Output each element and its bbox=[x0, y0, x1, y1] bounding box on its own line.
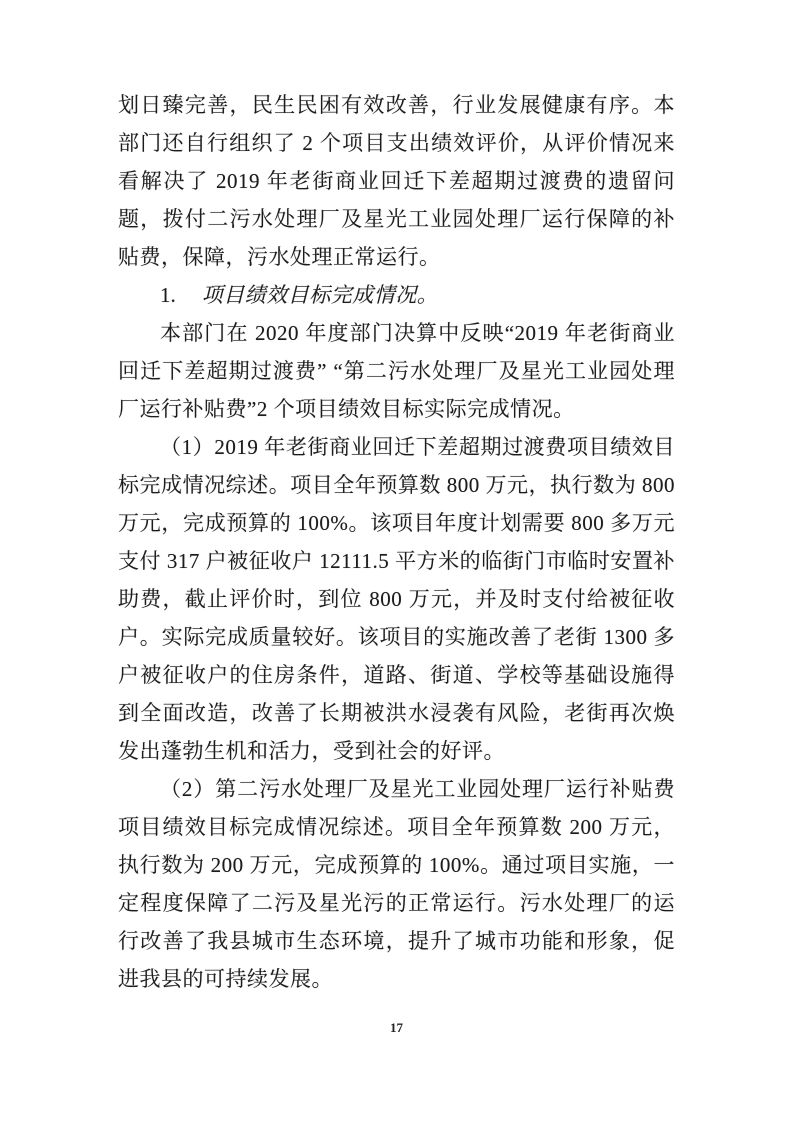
paragraph-project-2: （2）第二污水处理厂及星光工业园处理厂运行补贴费项目绩效目标完成情况综述。项目全… bbox=[118, 770, 675, 998]
paragraph-overview: 本部门在 2020 年度部门决算中反映“2019 年老街商业回迁下差超期过渡费”… bbox=[118, 314, 675, 428]
heading-title: 项目绩效目标完成情况。 bbox=[202, 283, 439, 307]
paragraph-continuation: 划日臻完善，民生民困有效改善，行业发展健康有序。本部门还自行组织了 2 个项目支… bbox=[118, 86, 675, 276]
document-body: 划日臻完善，民生民困有效改善，行业发展健康有序。本部门还自行组织了 2 个项目支… bbox=[118, 86, 675, 998]
page-number: 17 bbox=[0, 1020, 793, 1036]
paragraph-project-1: （1）2019 年老街商业回迁下差超期过渡费项目绩效目标完成情况综述。项目全年预… bbox=[118, 428, 675, 770]
section-heading: 1.项目绩效目标完成情况。 bbox=[118, 276, 675, 314]
heading-number: 1. bbox=[160, 283, 176, 307]
document-page: 划日臻完善，民生民困有效改善，行业发展健康有序。本部门还自行组织了 2 个项目支… bbox=[0, 0, 793, 1122]
